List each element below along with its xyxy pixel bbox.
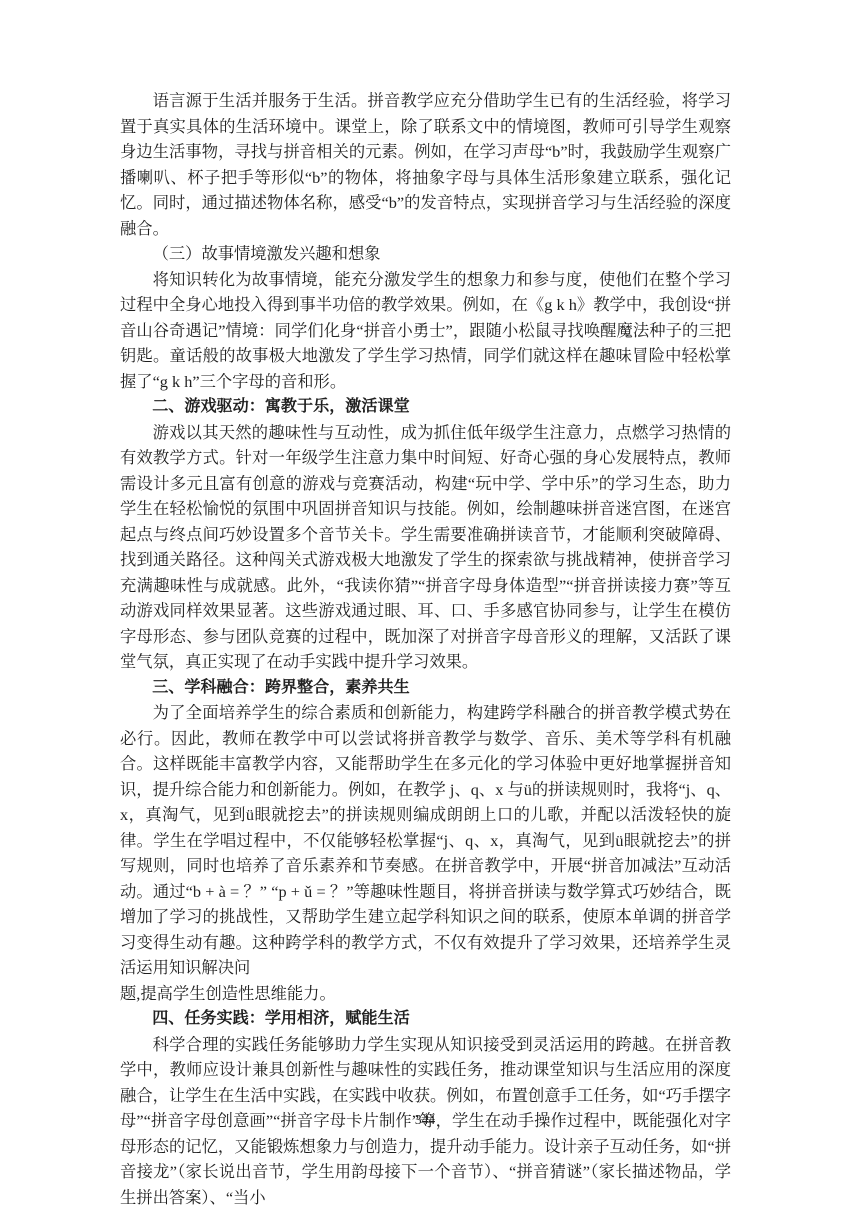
section-heading-3: 三、学科融合：跨界整合，素养共生 [120, 675, 731, 701]
body-paragraph: 将知识转化为故事情境，能充分激发学生的想象力和参与度，使他们在整个学习过程中全身… [120, 267, 731, 395]
section-heading-4: 四、任务实践：学用相济，赋能生活 [120, 1006, 731, 1032]
body-paragraph: 为了全面培养学生的综合素质和创新能力，构建跨学科融合的拼音教学模式势在必行。因此… [120, 700, 731, 981]
document-page: 语言源于生活并服务于生活。拼音教学应充分借助学生已有的生活经验，将学习置于真实具… [0, 0, 850, 1205]
page-footer: 344 [0, 1112, 850, 1128]
document-body: 语言源于生活并服务于生活。拼音教学应充分借助学生已有的生活经验，将学习置于真实具… [120, 88, 731, 1205]
page-number: 344 [415, 1112, 435, 1127]
body-paragraph: 游戏以其天然的趣味性与互动性，成为抓住低年级学生注意力，点燃学习热情的有效教学方… [120, 420, 731, 675]
section-heading-2: 二、游戏驱动：寓教于乐，激活课堂 [120, 394, 731, 420]
subsection-heading: （三）故事情境激发兴趣和想象 [120, 241, 731, 267]
body-paragraph: 语言源于生活并服务于生活。拼音教学应充分借助学生已有的生活经验，将学习置于真实具… [120, 88, 731, 241]
continuation-line: 题,提高学生创造性思维能力。 [120, 981, 731, 1007]
